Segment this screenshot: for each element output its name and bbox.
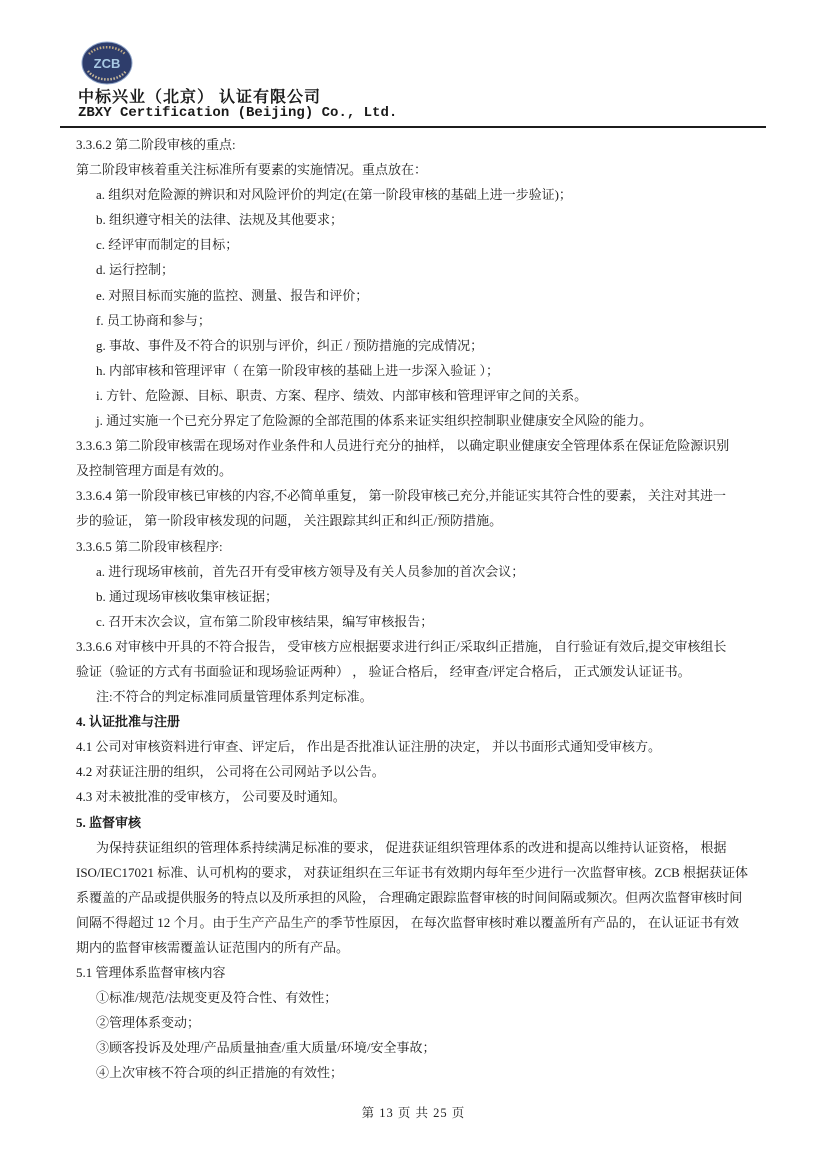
- text-line: a. 组织对危险源的辨识和对风险评价的判定(在第一阶段审核的基础上进一步验证)；: [76, 182, 766, 207]
- company-name-en: ZBXY Certification (Beijing) Co., Ltd.: [78, 105, 397, 121]
- document-body: 3.3.6.2 第二阶段审核的重点:第二阶段审核着重关注标准所有要素的实施情况。…: [76, 132, 766, 1086]
- text-line: 系覆盖的产品或提供服务的特点以及所承担的风险， 合理确定跟踪监督审核的时间间隔或…: [76, 885, 766, 910]
- text-line: 4.3 对未被批准的受审核方， 公司要及时通知。: [76, 784, 766, 809]
- text-line: a. 进行现场审核前，首先召开有受审核方领导及有关人员参加的首次会议；: [76, 559, 766, 584]
- text-line: e. 对照目标而实施的监控、测量、报告和评价；: [76, 283, 766, 308]
- text-line: g. 事故、事件及不符合的识别与评价，纠正 / 预防措施的完成情况；: [76, 333, 766, 358]
- text-line: 第二阶段审核着重关注标准所有要素的实施情况。重点放在：: [76, 157, 766, 182]
- zcb-logo: ZCB: [81, 41, 133, 85]
- text-line: b. 组织遵守相关的法律、法规及其他要求；: [76, 207, 766, 232]
- logo-text: ZCB: [94, 56, 121, 71]
- document-page: ZCB 中标兴业（北京） 认证有限公司 ZBXY Certification (…: [0, 0, 827, 1170]
- text-line: h. 内部审核和管理评审（ 在第一阶段审核的基础上进一步深入验证 ）；: [76, 358, 766, 383]
- text-line: b. 通过现场审核收集审核证据；: [76, 584, 766, 609]
- text-line: ISO/IEC17021 标准、认可机构的要求， 对获证组织在三年证书有效期内每…: [76, 860, 766, 885]
- text-line: 注:不符合的判定标准同质量管理体系判定标准。: [76, 684, 766, 709]
- text-line: 期内的监督审核需覆盖认证范围内的所有产品。: [76, 935, 766, 960]
- zcb-logo-graphic: ZCB: [81, 41, 133, 85]
- text-line: 3.3.6.5 第二阶段审核程序:: [76, 534, 766, 559]
- text-line: i. 方针、危险源、目标、职责、方案、程序、绩效、内部审核和管理评审之间的关系。: [76, 383, 766, 408]
- text-line: 5. 监督审核: [76, 810, 766, 835]
- text-line: 间隔不得超过 12 个月。由于生产产品生产的季节性原因， 在每次监督审核时难以覆…: [76, 910, 766, 935]
- text-line: 为保持获证组织的管理体系持续满足标准的要求， 促进获证组织管理体系的改进和提高以…: [76, 835, 766, 860]
- text-line: c. 经评审而制定的目标；: [76, 232, 766, 257]
- text-line: c. 召开末次会议，宣布第二阶段审核结果，编写审核报告；: [76, 609, 766, 634]
- text-line: 3.3.6.6 对审核中开具的不符合报告， 受审核方应根据要求进行纠正/采取纠正…: [76, 634, 766, 659]
- text-line: 4.1 公司对审核资料进行审查、评定后， 作出是否批准认证注册的决定， 并以书面…: [76, 734, 766, 759]
- text-line: 步的验证， 第一阶段审核发现的问题， 关注跟踪其纠正和纠正/预防措施。: [76, 508, 766, 533]
- text-line: j. 通过实施一个已充分界定了危险源的全部范围的体系来证实组织控制职业健康安全风…: [76, 408, 766, 433]
- text-line: ②管理体系变动；: [76, 1010, 766, 1035]
- text-line: 3.3.6.3 第二阶段审核需在现场对作业条件和人员进行充分的抽样， 以确定职业…: [76, 433, 766, 458]
- text-line: 3.3.6.4 第一阶段审核已审核的内容,不必简单重复， 第一阶段审核己充分,并…: [76, 483, 766, 508]
- text-line: 5.1 管理体系监督审核内容: [76, 960, 766, 985]
- text-line: ④上次审核不符合项的纠正措施的有效性；: [76, 1060, 766, 1085]
- text-line: 及控制管理方面是有效的。: [76, 458, 766, 483]
- text-line: f. 员工协商和参与；: [76, 308, 766, 333]
- text-line: 4. 认证批准与注册: [76, 709, 766, 734]
- header-divider: [60, 126, 766, 128]
- text-line: 4.2 对获证注册的组织， 公司将在公司网站予以公告。: [76, 759, 766, 784]
- text-line: 验证（验证的方式有书面验证和现场验证两种） ， 验证合格后， 经审查/评定合格后…: [76, 659, 766, 684]
- text-line: ③顾客投诉及处理/产品质量抽查/重大质量/环境/安全事故；: [76, 1035, 766, 1060]
- text-line: d. 运行控制；: [76, 257, 766, 282]
- text-line: ①标准/规范/法规变更及符合性、有效性；: [76, 985, 766, 1010]
- company-name-cn: 中标兴业（北京） 认证有限公司: [78, 84, 321, 107]
- page-number: 第 13 页 共 25 页: [0, 1103, 827, 1121]
- text-line: 3.3.6.2 第二阶段审核的重点:: [76, 132, 766, 157]
